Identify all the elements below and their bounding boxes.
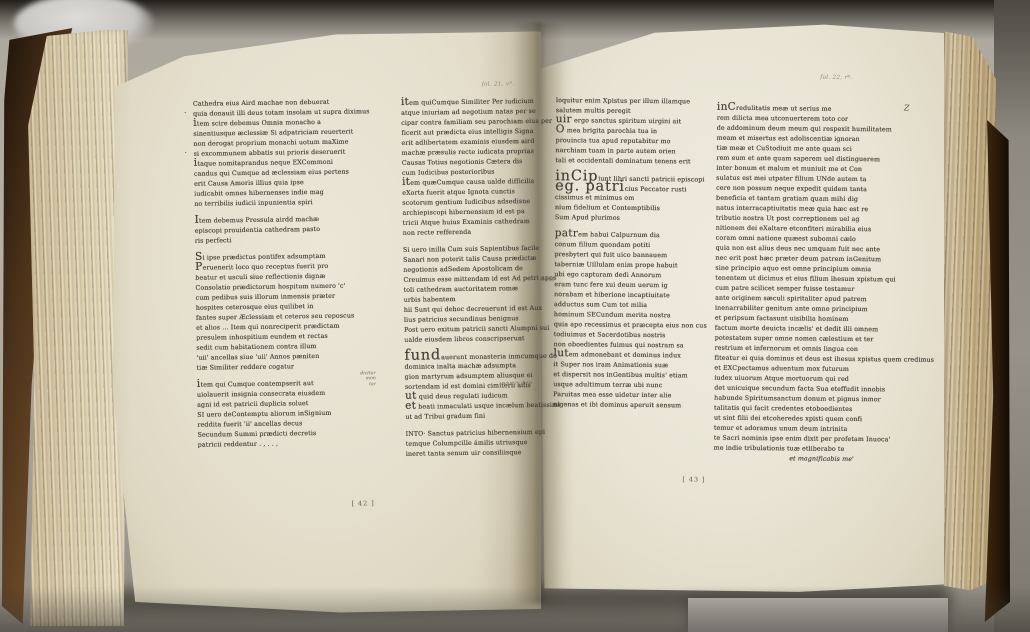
- book-photograph: fol. 21, vº. Cathedra eius Aird machae n…: [0, 0, 1030, 632]
- drop-initial: it: [402, 176, 410, 188]
- left-margin-note-right: usque in diem: [500, 381, 540, 387]
- left-column-1: Cathedra eius Aird machae non debuerat·q…: [193, 97, 403, 451]
- large-initial: fund: [404, 347, 441, 364]
- text-line: non recte refferenda: [403, 227, 538, 239]
- text-line: ut ad Tribui gradum fini: [405, 411, 540, 423]
- text-line: patricii reddentur . , . . ,: [198, 438, 403, 451]
- drop-initial: P: [195, 261, 203, 273]
- background-bottom-shadow: [0, 586, 1030, 632]
- left-column-2: item quiCumque Similiter Per iudiciumatq…: [401, 97, 541, 460]
- drop-initial: i: [194, 157, 198, 169]
- drop-initial: et: [405, 400, 416, 412]
- margin-dot: ·: [185, 148, 187, 158]
- text-line: ineret tanta senum uir consiliisque: [406, 448, 541, 460]
- drop-initial: i: [197, 378, 201, 390]
- text-line: tali et occidentali dominatum tenens eri…: [555, 156, 710, 167]
- drop-initial: lut: [554, 347, 569, 359]
- left-page-text: fol. 21, vº. Cathedra eius Aird machae n…: [91, 25, 545, 619]
- left-folio-header: fol. 21, vº.: [482, 81, 515, 87]
- right-margin-note: in ista: [538, 278, 554, 284]
- drop-initial: inC: [717, 101, 736, 113]
- right-page-number: [ 43 ]: [682, 475, 705, 483]
- drop-initial: i: [193, 117, 197, 129]
- right-folio-header: fol. 22, rº.: [820, 75, 852, 81]
- right-page-text: fol. 22, rº. Z loquitur enim Xpistus per…: [533, 18, 963, 602]
- right-column-2: inCredulitatis meæ ut serius merem dilic…: [714, 104, 933, 466]
- left-margin-note: dicitur mon tar: [354, 371, 376, 388]
- text-line: Sum Apud plurimos: [555, 213, 710, 224]
- drop-initial: I: [194, 214, 199, 226]
- margin-dot: ·: [184, 108, 186, 118]
- text-line: nigenas et ibi dominus aperuit sensum: [553, 400, 708, 411]
- text-line: ualde eiusdem libros conscripserunt: [404, 334, 539, 346]
- left-page-number: [ 42 ]: [351, 499, 374, 507]
- drop-initial: O: [556, 123, 565, 135]
- drop-initial: patr: [555, 227, 579, 239]
- right-column-1: loquitur enim Xpistus per illum illamque…: [553, 96, 711, 411]
- text-line: et magnificabis me': [714, 454, 930, 466]
- drop-initial: it: [401, 96, 409, 108]
